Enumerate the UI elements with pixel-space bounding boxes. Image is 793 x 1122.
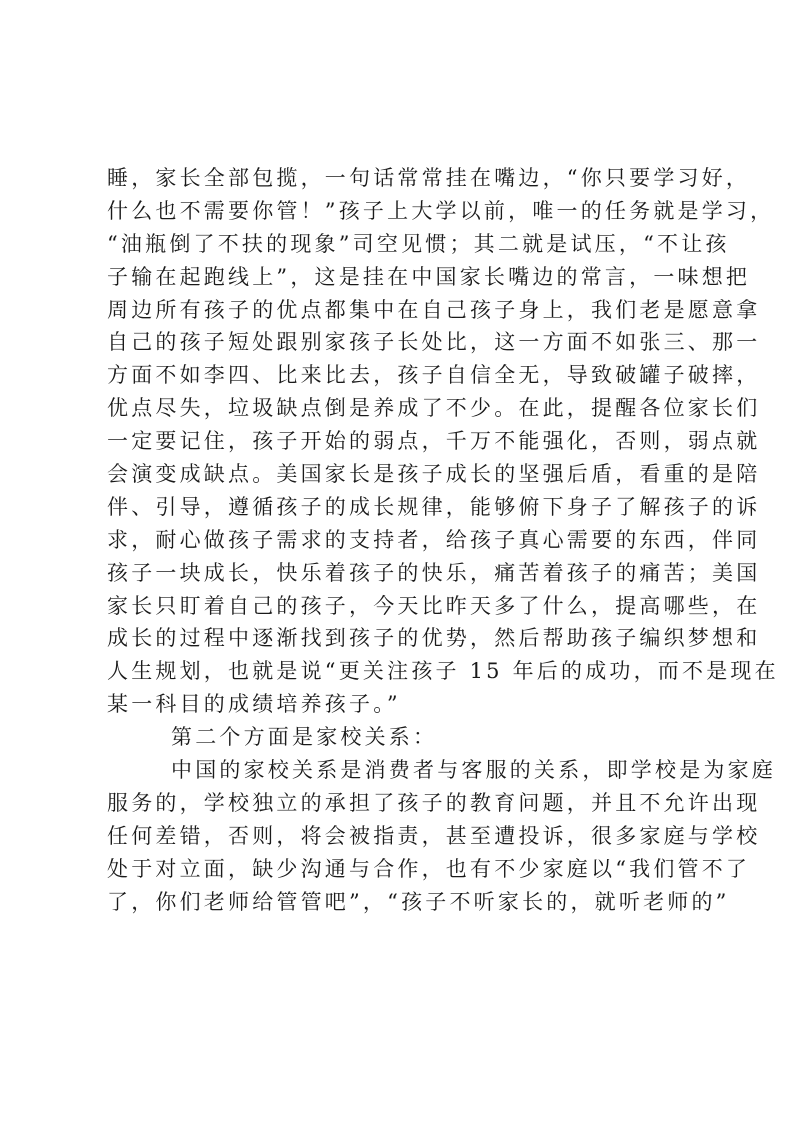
text-line: 伴、引导，遵循孩子的成长规律，能够俯下身子了解孩子的诉	[107, 491, 689, 524]
text-line: 睡，家长全部包揽，一句话常常挂在嘴边，“你只要学习好，	[107, 162, 689, 195]
text-line: 人生规划，也就是说“更关注孩子 15 年后的成功，而不是现在	[107, 655, 689, 688]
text-line: 某一科目的成绩培养孩子。”	[107, 688, 689, 721]
text-line: “油瓶倒了不扶的现象”司空见惯；其二就是试压，“不让孩	[107, 228, 689, 261]
heading-line: 第二个方面是家校关系：	[107, 721, 689, 754]
text-line: 求，耐心做孩子需求的支持者，给孩子真心需要的东西，伴同	[107, 524, 689, 557]
text-line: 家长只盯着自己的孩子，今天比昨天多了什么，提高哪些，在	[107, 590, 689, 623]
text-line: 中国的家校关系是消费者与客服的关系，即学校是为家庭	[107, 754, 689, 787]
text-line: 会演变成缺点。美国家长是孩子成长的坚强后盾，看重的是陪	[107, 458, 689, 491]
text-line: 什么也不需要你管！”孩子上大学以前，唯一的任务就是学习，	[107, 195, 689, 228]
text-line: 服务的，学校独立的承担了孩子的教育问题，并且不允许出现	[107, 787, 689, 820]
text-line: 周边所有孩子的优点都集中在自己孩子身上，我们老是愿意拿	[107, 294, 689, 327]
text-line: 子输在起跑线上”，这是挂在中国家长嘴边的常言，一味想把	[107, 261, 689, 294]
paragraph-home-school-relation: 中国的家校关系是消费者与客服的关系，即学校是为家庭 服务的，学校独立的承担了孩子…	[107, 754, 689, 918]
section-heading-home-school-relation: 第二个方面是家校关系：	[107, 721, 689, 754]
text-line: 成长的过程中逐渐找到孩子的优势，然后帮助孩子编织梦想和	[107, 622, 689, 655]
text-line: 处于对立面，缺少沟通与合作，也有不少家庭以“我们管不了	[107, 853, 689, 886]
text-line: 了，你们老师给管管吧”，“孩子不听家长的，就听老师的”	[107, 886, 689, 919]
paragraph-parenting-comparison: 睡，家长全部包揽，一句话常常挂在嘴边，“你只要学习好， 什么也不需要你管！”孩子…	[107, 162, 689, 721]
document-page: 睡，家长全部包揽，一句话常常挂在嘴边，“你只要学习好， 什么也不需要你管！”孩子…	[107, 162, 689, 918]
text-line: 自己的孩子短处跟别家孩子长处比，这一方面不如张三、那一	[107, 326, 689, 359]
text-line: 任何差错，否则，将会被指责，甚至遭投诉，很多家庭与学校	[107, 820, 689, 853]
text-line: 优点尽失，垃圾缺点倒是养成了不少。在此，提醒各位家长们	[107, 392, 689, 425]
text-line: 孩子一块成长，快乐着孩子的快乐，痛苦着孩子的痛苦；美国	[107, 557, 689, 590]
text-line: 方面不如李四、比来比去，孩子自信全无，导致破罐子破摔，	[107, 359, 689, 392]
text-line: 一定要记住，孩子开始的弱点，千万不能强化，否则，弱点就	[107, 425, 689, 458]
